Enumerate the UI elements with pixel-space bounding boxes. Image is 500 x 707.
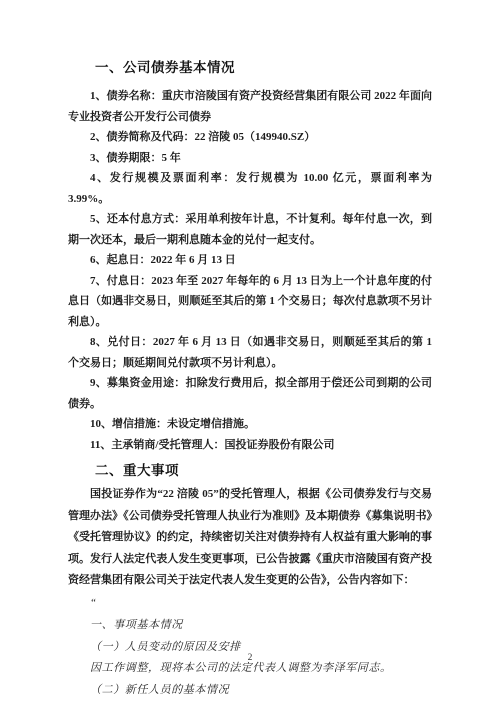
bond-info-item-8: 8、兑付日：2027 年 6 月 13 日（如遇非交易日，则顺延至其后的第 1 …	[68, 332, 432, 373]
announcement-line-4: （二）新任人员的基本情况	[68, 680, 432, 702]
bond-info-item-11: 11、主承销商/受托管理人：国投证券股份有限公司	[68, 435, 432, 456]
announcement-line-1: 一、事项基本情况	[68, 615, 432, 637]
major-events-paragraph: 国投证券作为“22 涪陵 05”的受托管理人，根据《公司债券发行与交易管理办法》…	[68, 484, 432, 592]
bond-info-item-1: 1、债券名称：重庆市涪陵国有资产投资经营集团有限公司 2022 年面向专业投资者…	[68, 86, 432, 127]
bond-info-item-2: 2、债券简称及代码：22 涪陵 05（149940.SZ）	[68, 127, 432, 148]
bond-info-item-7: 7、付息日：2023 年至 2027 年每年的 6 月 13 日为上一个计息年度…	[68, 271, 432, 333]
bond-info-item-5: 5、还本付息方式：采用单利按年计息，不计复利。每年付息一次，到期一次还本，最后一…	[68, 209, 432, 250]
bond-info-item-3: 3、债券期限：5 年	[68, 148, 432, 169]
bond-info-item-6: 6、起息日：2022 年 6 月 13 日	[68, 250, 432, 271]
section1-heading: 一、公司债券基本情况	[68, 57, 432, 79]
document-page: 一、公司债券基本情况 1、债券名称：重庆市涪陵国有资产投资经营集团有限公司 20…	[0, 0, 500, 707]
document-body: 一、公司债券基本情况 1、债券名称：重庆市涪陵国有资产投资经营集团有限公司 20…	[68, 57, 432, 701]
bond-info-item-10: 10、增信措施：未设定增信措施。	[68, 414, 432, 435]
bond-info-item-9: 9、募集资金用途：扣除发行费用后，拟全部用于偿还公司到期的公司债券。	[68, 373, 432, 414]
announcement-open-quote: “	[68, 593, 432, 615]
page-number: 2	[0, 653, 500, 663]
section2-heading: 二、重大事项	[68, 460, 432, 482]
bond-info-item-4: 4、发行规模及票面利率：发行规模为 10.00 亿元，票面利率为 3.99%。	[68, 168, 432, 209]
